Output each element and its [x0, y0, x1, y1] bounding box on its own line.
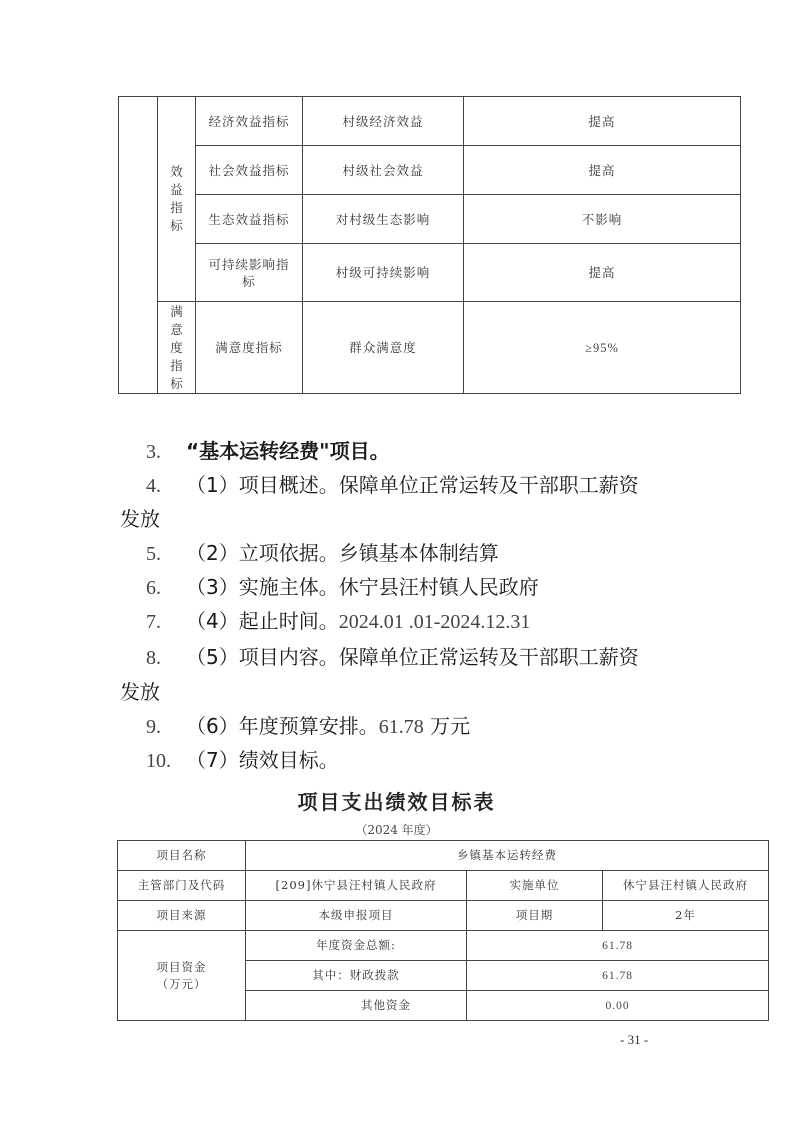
value-cell: 提高: [464, 146, 741, 195]
paragraph-number: 4.: [146, 469, 186, 503]
table-title: 项目支出绩效目标表: [0, 786, 793, 815]
value-cell: 提高: [464, 244, 741, 302]
level1-cell-empty: [119, 97, 158, 394]
fiscal-allocation-number: 61.78: [602, 968, 633, 985]
paragraph-text: 绩效目标。: [239, 748, 339, 772]
paragraph-text: 年度预算安排。: [239, 714, 379, 738]
paragraph-text: 实施主体。休宁县汪村镇人民政府: [239, 575, 539, 599]
indicator-cell: 社会效益指标: [196, 146, 303, 195]
value-label: ≥95%: [585, 340, 619, 357]
paragraph-text: 立项依据。乡镇基本体制结算: [239, 541, 499, 565]
implementing-unit-label: 实施单位: [467, 871, 603, 901]
table-row: 生态效益指标 对村级生态影响 不影响: [119, 195, 741, 244]
paragraph-number: 5.: [146, 537, 186, 571]
annual-total-label: 年度资金总额:: [246, 931, 467, 961]
department-label: 主管部门及代码: [118, 871, 246, 901]
paragraph-paren: （3）: [186, 575, 239, 599]
paragraph-paren: （1）: [186, 473, 239, 497]
project-funds-text: 项目资金 （万元）: [157, 960, 207, 991]
paragraph-number: 8.: [146, 641, 186, 675]
date-range-value: 2024.01 .01-2024.12.31: [339, 605, 531, 639]
indicator-cell: 可持续影响指标: [196, 244, 303, 302]
annual-total-number: 61.78: [602, 938, 633, 955]
other-funds-value: 0.00: [467, 991, 769, 1021]
paragraph-4-continuation: 发放: [120, 502, 160, 536]
paragraph-number: 7.: [146, 605, 186, 639]
benefit-group-label: 效 益 指 标: [170, 164, 183, 233]
project-name-label: 项目名称: [118, 841, 246, 871]
paragraph-number: 9.: [146, 710, 186, 744]
value-cell: ≥95%: [464, 302, 741, 394]
indicator-cell: 满意度指标: [196, 302, 303, 394]
paragraph-paren: （5）: [186, 645, 239, 669]
table-row: 社会效益指标 村级社会效益 提高: [119, 146, 741, 195]
table-row: 效 益 指 标 经济效益指标 村级经济效益 提高: [119, 97, 741, 146]
indicator-cell: 经济效益指标: [196, 97, 303, 146]
project-period-value: 2年: [603, 901, 769, 931]
table-row: 满 意 度 指 标 满意度指标 群众满意度 ≥95%: [119, 302, 741, 394]
paragraph-7: 7.（4）起止时间。2024.01 .01-2024.12.31: [146, 604, 530, 639]
budget-unit: 万元: [424, 714, 470, 738]
paragraph-text: 项目内容。保障单位正常运转及干部职工薪资: [239, 645, 639, 669]
project-name-value: 乡镇基本运转经费: [246, 841, 769, 871]
project-period-label: 项目期: [467, 901, 603, 931]
item-cell: 村级可持续影响: [303, 244, 464, 302]
implementing-unit-value: 休宁县汪村镇人民政府: [603, 871, 769, 901]
table-row: 项目资金 （万元） 年度资金总额: 61.78: [118, 931, 769, 961]
paragraph-paren: （6）: [186, 714, 239, 738]
paragraph-4: 4.（1）项目概述。保障单位正常运转及干部职工薪资: [146, 468, 639, 503]
fiscal-allocation-label: 其中：财政拨款: [246, 961, 467, 991]
other-funds-number: 0.00: [605, 998, 629, 1015]
paragraph-10: 10.（7）绩效目标。: [146, 743, 339, 778]
satisfaction-group-label: 满 意 度 指 标: [170, 304, 183, 391]
page-number: - 31 -: [620, 1032, 648, 1048]
department-value: [209]休宁县汪村镇人民政府: [246, 871, 467, 901]
indicator-cell: 生态效益指标: [196, 195, 303, 244]
paragraph-6: 6.（3）实施主体。休宁县汪村镇人民政府: [146, 570, 539, 605]
benefit-group-cell: 效 益 指 标: [158, 97, 196, 302]
value-cell: 不影响: [464, 195, 741, 244]
paragraph-9: 9.（6）年度预算安排。61.78 万元: [146, 709, 470, 744]
paragraph-8-continuation: 发放: [120, 675, 160, 709]
paragraph-number: 10.: [146, 744, 186, 778]
satisfaction-group-cell: 满 意 度 指 标: [158, 302, 196, 394]
item-cell: 村级社会效益: [303, 146, 464, 195]
paragraph-text: 起止时间。: [239, 609, 339, 633]
paragraph-5: 5.（2）立项依据。乡镇基本体制结算: [146, 536, 499, 571]
paragraph-number: 6.: [146, 571, 186, 605]
paragraph-text: 项目概述。保障单位正常运转及干部职工薪资: [239, 473, 639, 497]
table-row: 主管部门及代码 [209]休宁县汪村镇人民政府 实施单位 休宁县汪村镇人民政府: [118, 871, 769, 901]
paragraph-8: 8.（5）项目内容。保障单位正常运转及干部职工薪资: [146, 640, 639, 675]
item-cell: 对村级生态影响: [303, 195, 464, 244]
indicator-table: 效 益 指 标 经济效益指标 村级经济效益 提高 社会效益指标 村级社会效益 提…: [118, 96, 741, 394]
annual-total-value: 61.78: [467, 931, 769, 961]
paragraph-3: 3.“基本运转经费"项目。: [146, 434, 390, 469]
item-cell: 群众满意度: [303, 302, 464, 394]
project-source-value: 本级申报项目: [246, 901, 467, 931]
other-funds-label: 其他资金: [246, 991, 467, 1021]
paragraph-number: 3.: [146, 435, 186, 469]
project-fund-table: 项目名称 乡镇基本运转经费 主管部门及代码 [209]休宁县汪村镇人民政府 实施…: [117, 840, 769, 1021]
paragraph-heading: “基本运转经费"项目。: [186, 439, 390, 463]
budget-value: 61.78: [379, 710, 424, 744]
paragraph-paren: （7）: [186, 748, 239, 772]
paragraph-paren: （4）: [186, 609, 239, 633]
paragraph-paren: （2）: [186, 541, 239, 565]
table-year: （2024 年度）: [0, 821, 793, 838]
item-cell: 村级经济效益: [303, 97, 464, 146]
table-row: 项目来源 本级申报项目 项目期 2年: [118, 901, 769, 931]
fiscal-allocation-value: 61.78: [467, 961, 769, 991]
value-cell: 提高: [464, 97, 741, 146]
project-funds-label: 项目资金 （万元）: [118, 931, 246, 1021]
indicator-label: 可持续影响指标: [208, 257, 289, 289]
project-source-label: 项目来源: [118, 901, 246, 931]
table-row: 项目名称 乡镇基本运转经费: [118, 841, 769, 871]
table-row: 可持续影响指标 村级可持续影响 提高: [119, 244, 741, 302]
